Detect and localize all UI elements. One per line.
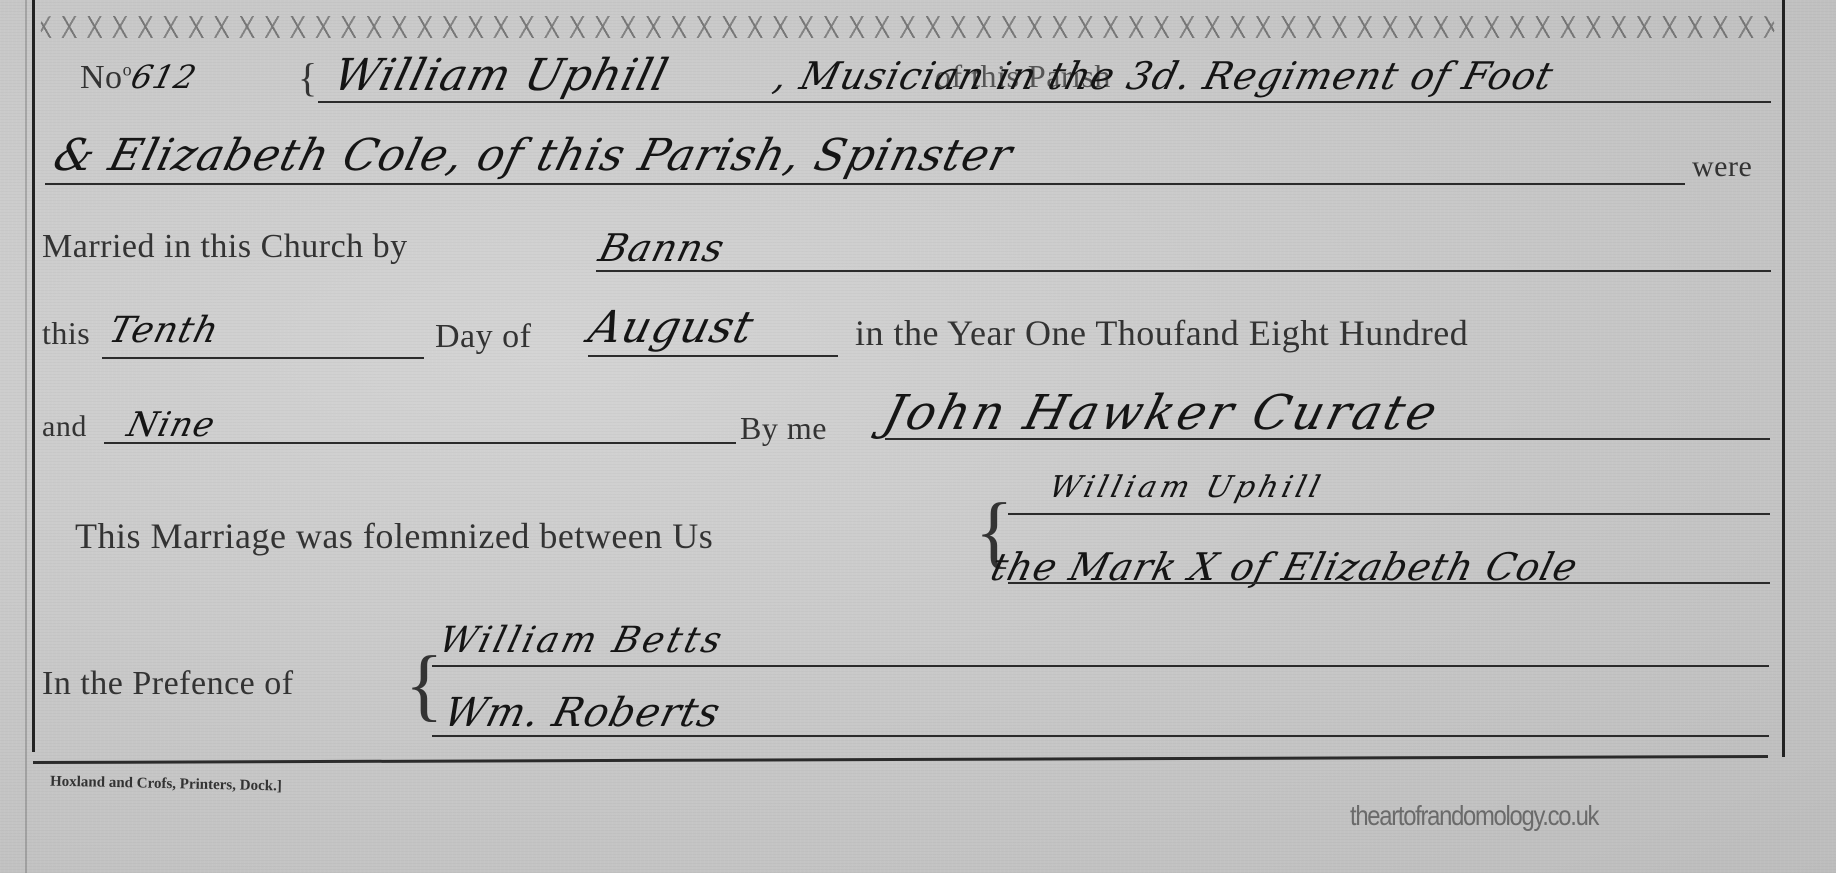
printed-by-me: By me [740,410,827,447]
day-value: Tenth [105,310,224,351]
printed-day-of: Day of [435,318,531,356]
frame-left-border [32,0,35,752]
groom-description: , Musician in the 3d. Regiment of Foot [770,54,1559,98]
printed-year-text: in the Year One Thoufand Eight Hundred [855,312,1468,354]
printed-this: this [42,315,90,352]
witness2-signature: Wm. Roberts [439,690,725,736]
officiant-rule [885,438,1770,440]
day-rule [102,357,424,359]
printed-and: and [42,410,87,444]
party1-signature: William Uphill [1046,470,1328,505]
printed-married-by: Married in this Church by [42,228,408,266]
month-value: August [584,302,760,353]
witness2-rule [432,735,1769,737]
line1-rule [318,101,1771,103]
line2-rule [45,183,1685,185]
witness1-rule [432,665,1769,667]
entry-number: 612 [127,58,201,96]
line3-rule [596,270,1771,272]
bride-text: & Elizabeth Cole, of this Parish, Spinst… [49,130,1018,181]
website-watermark: theartofrandomology.co.uk [1350,800,1598,832]
brace-icon: { [298,58,317,98]
number-label-text: No [80,59,123,96]
year-rule [104,442,736,444]
frame-right-border [1782,0,1785,757]
witness1-signature: William Betts [435,620,729,661]
entry-number-label: Noo612 [80,58,196,97]
party1-rule [1008,513,1770,515]
printed-were: were [1692,150,1752,184]
marriage-method: Banns [595,226,730,270]
printed-presence: In the Prefence of [42,665,294,703]
year-suffix: Nine [123,405,220,445]
rope-ornament-border [40,16,1775,38]
month-rule [588,355,838,357]
printed-solemnized: This Marriage was folemnized between Us [75,515,713,557]
officiant-signature: John Hawker Curate [878,385,1445,441]
party2-rule [1008,582,1770,584]
page-edge-line [25,0,27,873]
groom-name: William Uphill [329,50,674,101]
